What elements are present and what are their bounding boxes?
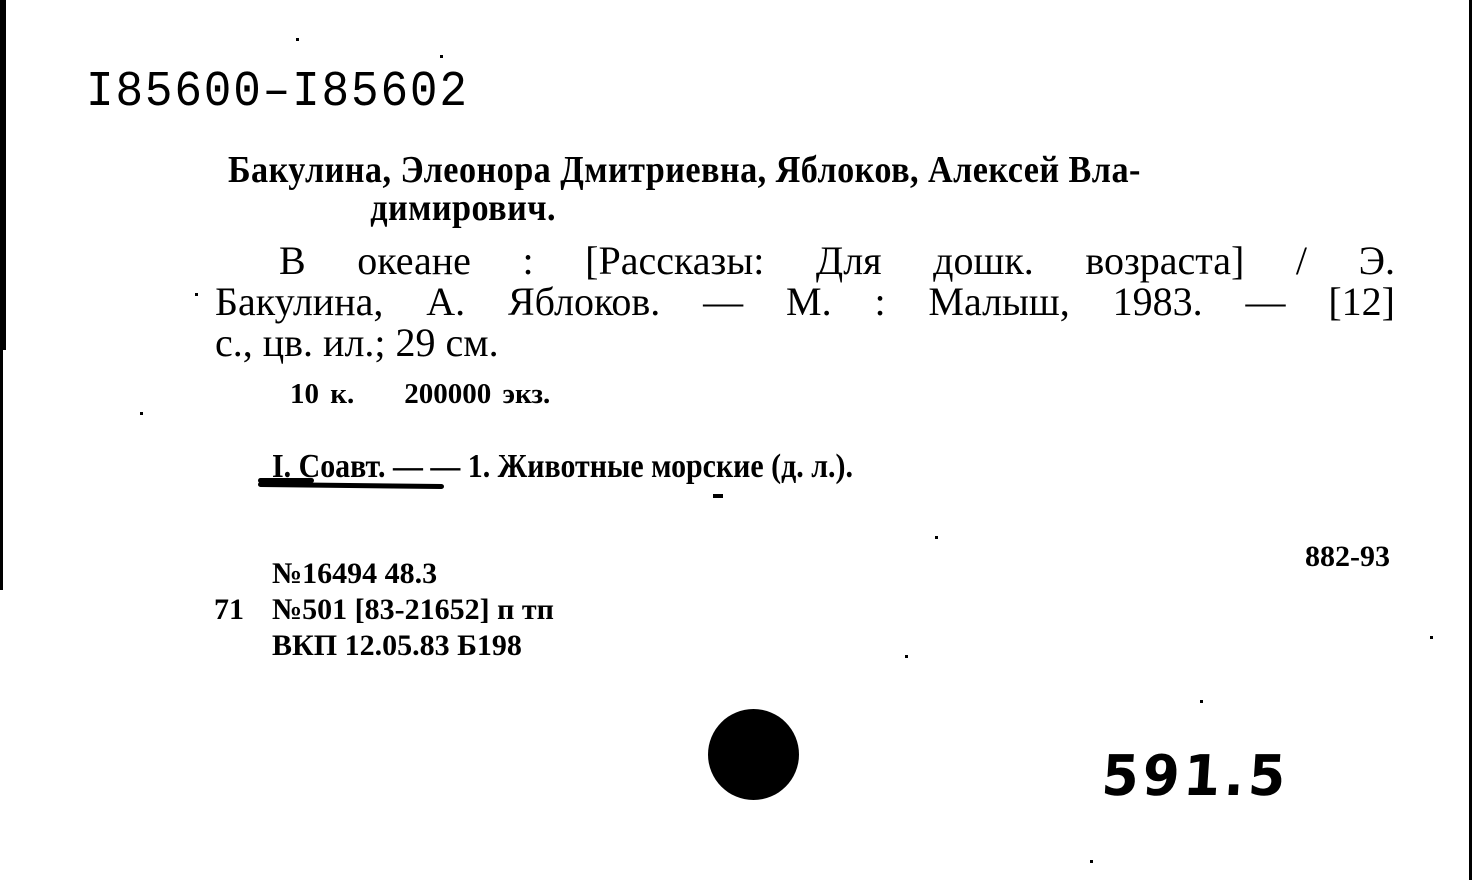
pen-underline: [258, 482, 444, 489]
scan-edge-left: [0, 0, 6, 350]
scan-speck: [1090, 860, 1093, 863]
scan-speck: [1200, 700, 1203, 703]
author-heading: Бакулина, Элеонора Дмитриевна, Яблоков, …: [228, 150, 1281, 228]
call-number: I85600–I85602: [86, 64, 469, 121]
punch-hole: [708, 709, 799, 800]
handwritten-classification: 591.5: [1100, 744, 1292, 809]
scan-speck: [140, 412, 143, 415]
price: 10 к.: [290, 378, 354, 410]
meta-line2: №501 [83-21652] п тп: [272, 593, 554, 626]
author-heading-line2: димирович.: [228, 188, 1281, 228]
catalog-card: I85600–I85602 Бакулина, Элеонора Дмитрие…: [0, 0, 1472, 880]
description-line2: Бакулина, А. Яблоков. — М. : Малыш, 1983…: [215, 281, 1395, 322]
scan-speck: [935, 536, 938, 539]
scan-speck: [296, 38, 299, 41]
order-number: 882-93: [1305, 540, 1390, 574]
bibliographic-description: В океане : [Рассказы: Для дошк. возраста…: [215, 240, 1395, 363]
meta-line3: ВКП 12.05.83 Б198: [272, 629, 522, 662]
description-line1: В океане : [Рассказы: Для дошк. возраста…: [215, 240, 1395, 281]
scan-edge-left-lower: [0, 350, 3, 590]
print-run: 200000 экз.: [404, 378, 550, 410]
meta-prefix: 71: [214, 592, 272, 628]
ink-mark: [713, 494, 723, 498]
meta-line1: №16494 48.3: [272, 557, 437, 590]
author-heading-line1: Бакулина, Элеонора Дмитриевна, Яблоков, …: [228, 149, 1141, 191]
scan-speck: [905, 655, 908, 658]
scan-speck: [195, 293, 198, 296]
pen-underline-short: [258, 478, 314, 483]
scan-speck: [1430, 636, 1433, 639]
scan-speck: [440, 55, 443, 58]
printing-metadata: №16494 48.3 71№501 [83-21652] п тп ВКП 1…: [214, 556, 554, 664]
tracing-dashes: — —: [393, 448, 460, 485]
tracings: I. Соавт. — — 1. Животные морские (д. л.…: [272, 448, 853, 486]
price-and-print-run: 10 к.200000 экз.: [290, 378, 550, 411]
description-line3: с., цв. ил.; 29 см.: [215, 322, 1395, 363]
subject-tracing: 1. Животные морские (д. л.).: [468, 448, 853, 485]
